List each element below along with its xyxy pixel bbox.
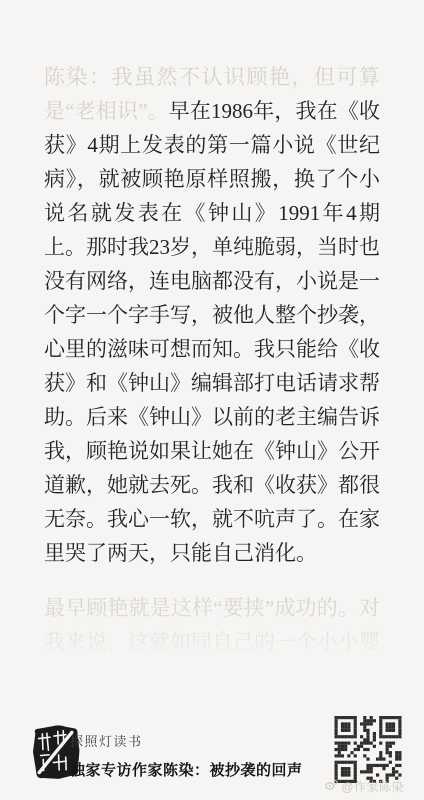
weibo-icon [325,778,338,794]
text-segment: 我，顾艳说如果让她在《钟山》公开 [44,439,380,463]
text-line: 最早顾艳就是这样“要挟”成功的。对 [44,591,380,625]
text-segment: 上。那时我23岁，单纯脆弱，当时也 [44,235,380,259]
shared-article-card: 陈染：我虽然不认识顾艳，但可算是“老相识”。早在1986年，我在《收获》4期上发… [0,0,424,800]
text-segment: 获》4期上发表的第一篇小说《世纪 [44,133,380,157]
brand-name: 探照灯读书 [70,731,303,750]
text-line: 道歉，她就去死。我和《收获》都很 [44,468,380,502]
text-segment: 无奈。我心一软，就不吭声了。在家 [44,507,380,531]
watermark: @作家陈染 [325,778,404,794]
text-line: 是“老相识”。早在1986年，我在《收 [44,94,380,128]
text-line: 我，顾艳说如果让她在《钟山》公开 [44,434,380,468]
text-line: 上。那时我23岁，单纯脆弱，当时也 [44,230,380,264]
footer: 探照灯读书 独家专访作家陈染：被抄袭的回声 @作家陈染 [0,712,424,800]
paragraph-main: 陈染：我虽然不认识顾艳，但可算是“老相识”。早在1986年，我在《收获》4期上发… [44,60,380,570]
text-line: 病》，就被顾艳原样照搬，换了个小 [44,162,380,196]
text-line: 助。后来《钟山》以前的老主编告诉 [44,400,380,434]
text-segment: 陈染：我虽然不认识顾艳，但可算 [44,65,380,89]
faded-lines: 最早顾艳就是这样“要挟”成功的。对我来说，这就如同自己的一个小小婴 [44,591,380,659]
text-segment: 个字一个字手写，被他人整个抄袭， [44,303,380,327]
text-line: 陈染：我虽然不认识顾艳，但可算 [44,60,380,94]
watermark-handle: @作家陈染 [341,778,404,795]
brand-block: 探照灯读书 独家专访作家陈染：被抄袭的回声 [70,731,303,780]
text-line: 获》和《钟山》编辑部打电话请求帮 [44,366,380,400]
text-segment: 早在1986年，我在《收 [169,99,380,123]
text-segment: 我来说，这就如同自己的一个小小婴 [44,630,380,654]
text-line: 获》4期上发表的第一篇小说《世纪 [44,128,380,162]
article-title: 独家专访作家陈染：被抄袭的回声 [70,759,303,780]
text-segment: 里哭了两天，只能自己消化。 [44,541,317,565]
article-text: 陈染：我虽然不认识顾艳，但可算是“老相识”。早在1986年，我在《收获》4期上发… [0,0,424,659]
text-line: 没有网络，连电脑都没有，小说是一 [44,264,380,298]
text-segment: 心里的滋味可想而知。我只能给《收 [44,337,380,361]
text-segment: 病》，就被顾艳原样照搬，换了个小 [44,167,380,191]
text-line: 我来说，这就如同自己的一个小小婴 [44,625,380,659]
text-segment: 获》和《钟山》编辑部打电话请求帮 [44,371,380,395]
qr-code [334,716,402,783]
text-segment: 道歉，她就去死。我和《收获》都很 [44,473,380,497]
text-segment: 没有网络，连电脑都没有，小说是一 [44,269,380,293]
text-line: 心里的滋味可想而知。我只能给《收 [44,332,380,366]
text-line: 无奈。我心一软，就不吭声了。在家 [44,502,380,536]
paragraph-faded: 最早顾艳就是这样“要挟”成功的。对我来说，这就如同自己的一个小小婴 [44,591,380,659]
text-segment: 是“老相识”。 [44,99,169,123]
text-line: 说名就发表在《钟山》1991年4期 [44,196,380,230]
text-line: 个字一个字手写，被他人整个抄袭， [44,298,380,332]
text-line: 里哭了两天，只能自己消化。 [44,536,380,570]
text-segment: 助。后来《钟山》以前的老主编告诉 [44,405,380,429]
text-segment: 说名就发表在《钟山》1991年4期 [44,201,380,225]
text-segment: 最早顾艳就是这样“要挟”成功的。对 [44,596,380,620]
